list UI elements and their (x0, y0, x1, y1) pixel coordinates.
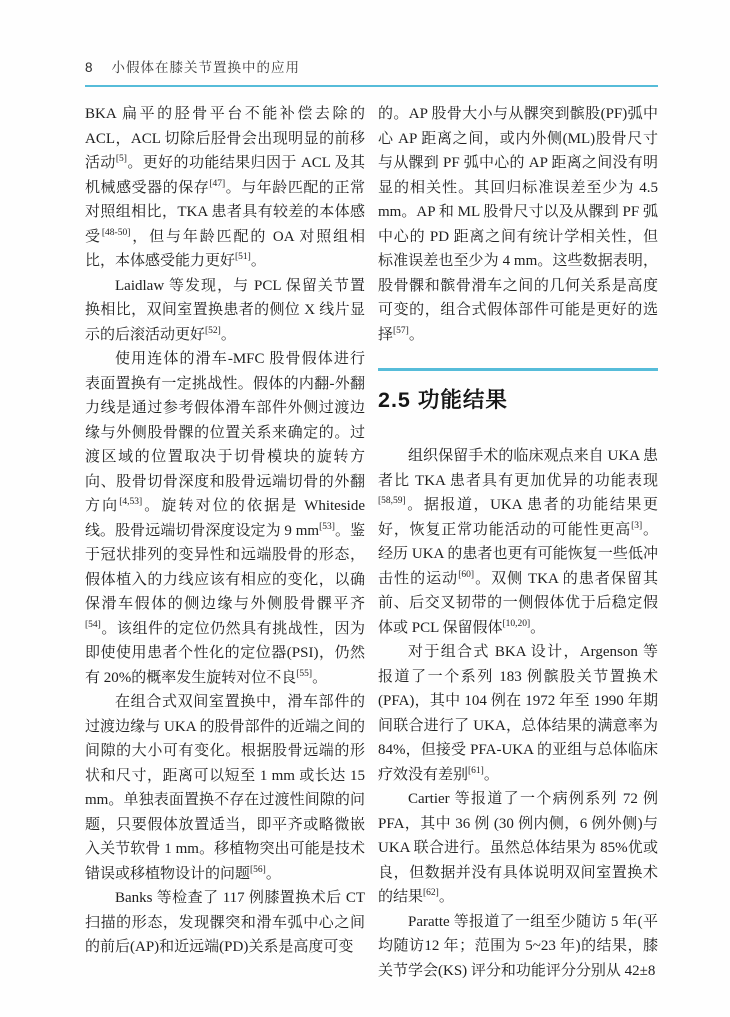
chapter-title: 小假体在膝关节置换中的应用 (112, 60, 301, 75)
running-header: 8小假体在膝关节置换中的应用 (85, 56, 658, 87)
citation-superscript: [55] (296, 669, 312, 679)
citation-superscript: [5] (116, 154, 127, 164)
paragraph: Paratte 等报道了一组至少随访 5 年(平均随访12 年；范围为 5~23… (378, 910, 658, 984)
citation-superscript: [52] (205, 326, 221, 336)
section-heading: 2.5 功能结果 (378, 383, 658, 414)
paragraph: Cartier 等报道了一个病例系列 72 例 PFA，其中 36 例 (30 … (378, 787, 658, 910)
book-page: 8小假体在膝关节置换中的应用 BKA 扁平的胫骨平台不能补偿去除的 ACL，AC… (0, 0, 730, 1017)
paragraph: 对于组合式 BKA 设计，Argenson 等报道了一个系列 183 例髌股关节… (378, 640, 658, 787)
citation-superscript: [62] (423, 888, 439, 898)
citation-superscript: [4,53] (119, 497, 142, 507)
citation-superscript: [48-50] (102, 228, 131, 238)
section-heading-rule (378, 368, 658, 371)
paragraph: 的。AP 股骨大小与从髁突到髌股(PF)弧中心 AP 距离之间，或内外侧(ML)… (378, 102, 658, 347)
citation-superscript: [47] (209, 179, 225, 189)
paragraph: 使用连体的滑车-MFC 股骨假体进行表面置换有一定挑战性。假体的内翻-外翻力线是… (85, 347, 365, 690)
citation-superscript: [58,59] (378, 496, 406, 506)
citation-superscript: [53] (319, 522, 335, 532)
section-heading-block: 2.5 功能结果 (378, 368, 658, 414)
citation-superscript: [60] (458, 570, 474, 580)
right-column-top: 的。AP 股骨大小与从髁突到髌股(PF)弧中心 AP 距离之间，或内外侧(ML)… (378, 102, 658, 347)
citation-superscript: [3] (631, 521, 642, 531)
paragraph: Banks 等检查了 117 例膝置换术后 CT 扫描的形态，发现髁突和滑车弧中… (85, 886, 365, 960)
left-column: BKA 扁平的胫骨平台不能补偿去除的 ACL，ACL 切除后胫骨会出现明显的前移… (85, 102, 365, 983)
citation-superscript: [54] (85, 620, 101, 630)
citation-superscript: [61] (468, 766, 484, 776)
right-column: 的。AP 股骨大小与从髁突到髌股(PF)弧中心 AP 距离之间，或内外侧(ML)… (378, 102, 658, 983)
two-column-text: BKA 扁平的胫骨平台不能补偿去除的 ACL，ACL 切除后胫骨会出现明显的前移… (85, 102, 658, 983)
citation-superscript: [51] (235, 252, 251, 262)
citation-superscript: [56] (250, 865, 266, 875)
citation-superscript: [57] (393, 326, 409, 336)
citation-superscript: [10,20] (502, 619, 530, 629)
paragraph: 组织保留手术的临床观点来自 UKA 患者比 TKA 患者具有更加优异的功能表现[… (378, 444, 658, 640)
paragraph: 在组合式双间室置换中，滑车部件的过渡边缘与 UKA 的股骨部件的近端之间的间隙的… (85, 690, 365, 886)
page-number: 8 (85, 60, 94, 75)
paragraph: Laidlaw 等发现，与 PCL 保留关节置换相比，双间室置换患者的侧位 X … (85, 274, 365, 348)
paragraph: BKA 扁平的胫骨平台不能补偿去除的 ACL，ACL 切除后胫骨会出现明显的前移… (85, 102, 365, 274)
right-column-bottom: 组织保留手术的临床观点来自 UKA 患者比 TKA 患者具有更加优异的功能表现[… (378, 444, 658, 983)
